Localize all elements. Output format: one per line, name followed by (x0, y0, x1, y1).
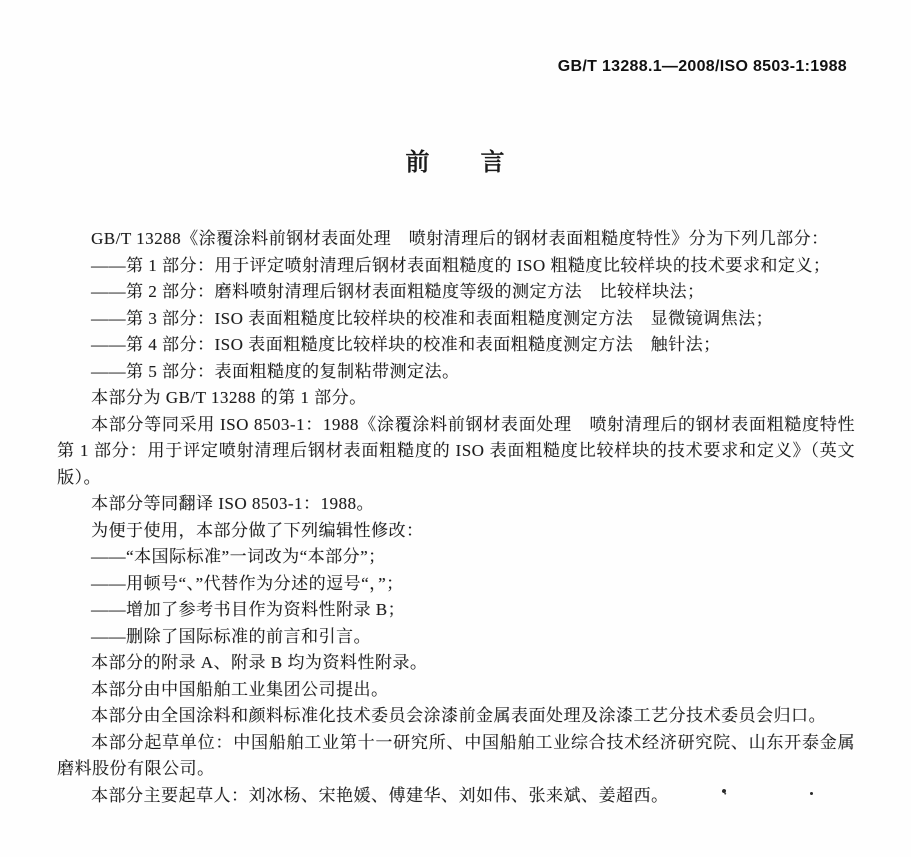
adoption-statement: 本部分等同采用 ISO 8503-1：1988《涂覆涂料前钢材表面处理 喷射清理… (57, 412, 855, 492)
centralized-body-statement: 本部分由全国涂料和颜料标准化技术委员会涂漆前金属表面处理及涂漆工艺分技术委员会归… (57, 703, 855, 730)
part-statement: 本部分为 GB/T 13288 的第 1 部分。 (57, 385, 855, 412)
drafters: 本部分主要起草人：刘冰杨、宋艳媛、傅建华、刘如伟、张来斌、姜超西。 (57, 783, 855, 810)
proposer-statement: 本部分由中国船舶工业集团公司提出。 (57, 677, 855, 704)
scan-speck (810, 792, 813, 795)
part-list-item-2: ——第 2 部分：磨料喷射清理后钢材表面粗糙度等级的测定方法 比较样块法； (57, 279, 855, 306)
intro-paragraph: GB/T 13288《涂覆涂料前钢材表面处理 喷射清理后的钢材表面粗糙度特性》分… (57, 226, 855, 253)
standard-number: GB/T 13288.1—2008/ISO 8503-1:1988 (558, 58, 847, 76)
part-list-item-3: ——第 3 部分：ISO 表面粗糙度比较样块的校准和表面粗糙度测定方法 显微镜调… (57, 306, 855, 333)
document-page: GB/T 13288.1—2008/ISO 8503-1:1988 前 言 GB… (0, 0, 911, 857)
editorial-change-item-2: ——用顿号“、”代替作为分述的逗号“，”； (57, 571, 855, 598)
annex-note: 本部分的附录 A、附录 B 均为资料性附录。 (57, 650, 855, 677)
editorial-changes-intro: 为便于使用，本部分做了下列编辑性修改： (57, 518, 855, 545)
translation-statement: 本部分等同翻译 ISO 8503-1：1988。 (57, 491, 855, 518)
part-list-item-4: ——第 4 部分：ISO 表面粗糙度比较样块的校准和表面粗糙度测定方法 触针法； (57, 332, 855, 359)
part-list-item-1: ——第 1 部分：用于评定喷射清理后钢材表面粗糙度的 ISO 粗糙度比较样块的技… (57, 253, 855, 280)
editorial-change-item-3: ——增加了参考书目作为资料性附录 B； (57, 597, 855, 624)
editorial-change-item-1: ——“本国际标准”一词改为“本部分”； (57, 544, 855, 571)
foreword-body: GB/T 13288《涂覆涂料前钢材表面处理 喷射清理后的钢材表面粗糙度特性》分… (57, 226, 855, 809)
editorial-change-item-4: ——删除了国际标准的前言和引言。 (57, 624, 855, 651)
drafting-organizations: 本部分起草单位：中国船舶工业第十一研究所、中国船舶工业综合技术经济研究院、山东开… (57, 730, 855, 783)
page-title: 前 言 (0, 142, 911, 177)
part-list-item-5: ——第 5 部分：表面粗糙度的复制粘带测定法。 (57, 359, 855, 386)
